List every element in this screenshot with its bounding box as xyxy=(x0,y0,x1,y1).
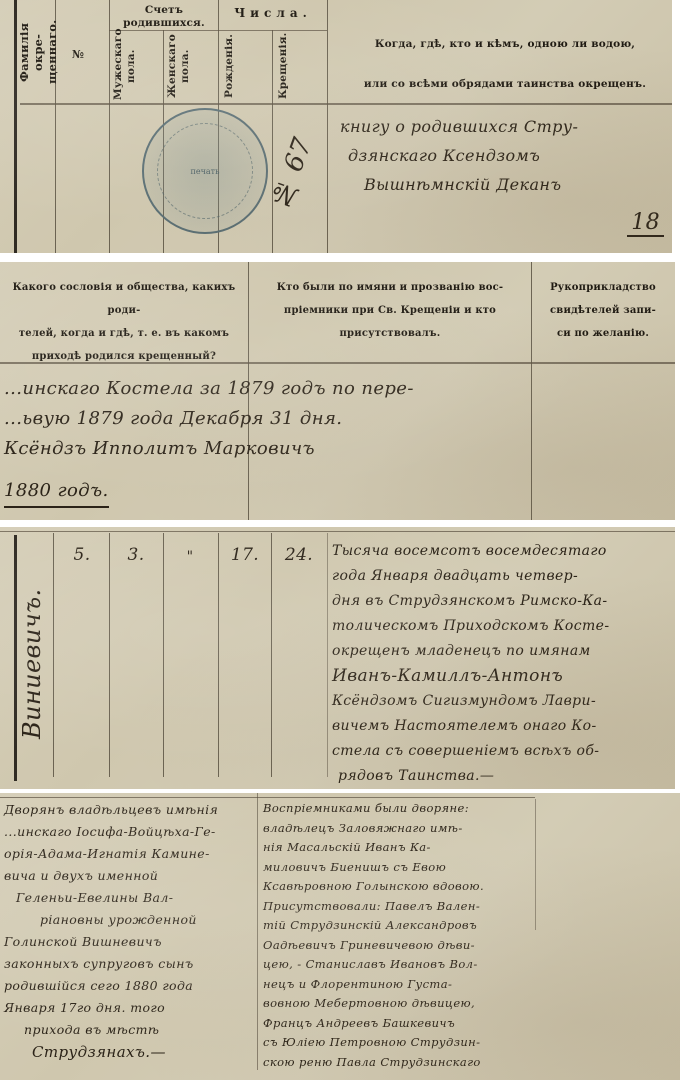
header-birth: Рожденія. xyxy=(222,32,270,100)
header-baptism: Крещенія. xyxy=(276,32,324,100)
header-description: Когда, гдѣ, кто и кѣмъ, одною ли водою, … xyxy=(340,24,670,104)
column-divider xyxy=(109,0,110,253)
header-witnesses-line: Рукоприкладство xyxy=(536,276,670,299)
header-witnesses-line: свидѣтелей запи- xyxy=(536,299,670,322)
parents-line: родившійся сего 1880 года xyxy=(4,975,254,997)
godparents-line: тій Струдзинскій Александровъ xyxy=(263,916,543,936)
godparents-line: Францъ Андреевъ Башкевичъ xyxy=(263,1014,543,1034)
header-description-line: Когда, гдѣ, кто и кѣмъ, одною ли водою, xyxy=(340,24,670,64)
godparents-line: Присутствовали: Павелъ Вален- xyxy=(263,897,543,917)
column-divider xyxy=(327,533,328,777)
handwritten-line: книгу о родившихся Стру- xyxy=(340,112,670,141)
parents-line: орія-Адама-Игнатія Камине- xyxy=(4,843,254,865)
header-parents: Какого сословія и общества, какихъ роди-… xyxy=(4,276,244,368)
register-entry-row: Виниевичъ. 5. 3. " 17. 24. Тысяча восемс… xyxy=(0,527,675,789)
header-female: Женскаго пола. xyxy=(166,32,214,100)
entry-godparents: Воспріемниками были дворяне: владѣлецъ З… xyxy=(263,799,543,1072)
header-witnesses: Рукоприкладство свидѣтелей запи- си по ж… xyxy=(536,276,670,345)
parents-line: Струдзянахъ.— xyxy=(4,1041,254,1063)
entry-description: Тысяча восемсотъ восемдесятаго года Янва… xyxy=(332,539,672,789)
description-line: Ксёндзомъ Сигизмундомъ Лаври- xyxy=(332,689,672,714)
register-entry-row-2: Дворянъ владѣльцевъ имѣнія ...инскаго Іо… xyxy=(0,793,680,1080)
description-line: стела съ совершеніемъ всѣхъ об- xyxy=(332,739,672,764)
header-surname: Фамилія окре-щеннаго. xyxy=(17,4,53,100)
parish-seal-stamp: печать xyxy=(142,108,268,234)
column-divider xyxy=(257,793,258,1070)
parents-line: Января 17го дня. того xyxy=(4,997,254,1019)
header-godparents-line: присутствовалъ. xyxy=(254,322,526,345)
row-top-line xyxy=(0,797,535,798)
parents-line: ...инскаго Іосифа-Войцѣха-Ге- xyxy=(4,821,254,843)
parents-line: вича и двухъ именной xyxy=(4,865,254,887)
godparents-line: миловичъ Биенишъ съ Евою xyxy=(263,858,543,878)
entry-male-count: 3. xyxy=(112,545,160,565)
description-line: окрещенъ младенецъ по имянам xyxy=(332,639,672,664)
entry-number: 5. xyxy=(58,545,106,565)
page-number: 18 xyxy=(627,210,664,237)
entry-birth-day: 17. xyxy=(221,545,269,565)
header-number: № xyxy=(72,48,84,61)
header-male: Мужескаго пола. xyxy=(112,32,160,100)
handwritten-line: дзянскаго Ксендзомъ xyxy=(340,141,670,170)
godparents-line: Воспріемниками были дворяне: xyxy=(263,799,543,819)
description-line: Иванъ-Камиллъ-Антонъ xyxy=(332,664,672,689)
header-births-count: Счетъ родившихся. xyxy=(112,4,216,30)
parents-line: Голинской Вишневичъ xyxy=(4,931,254,953)
border-line xyxy=(14,535,17,781)
godparents-line: владѣлецъ Заловяжнаго имѣ- xyxy=(263,819,543,839)
column-divider xyxy=(109,533,110,777)
godparents-line: Оадѣевичъ Гриневичевою дѣви- xyxy=(263,936,543,956)
godparents-line: вовною Мебертовною дѣвицею, xyxy=(263,994,543,1014)
header-godparents-line: Кто были по имяни и прозванію вос- xyxy=(254,276,526,299)
handwritten-line: ...ьвую 1879 года Декабря 31 дня. xyxy=(4,404,534,434)
entry-surname: Виниевичъ. xyxy=(18,549,52,779)
header-parents-line: Какого сословія и общества, какихъ роди- xyxy=(4,276,244,322)
handwritten-line: Ксёндзъ Ипполитъ Марковичъ xyxy=(4,434,534,464)
handwritten-closing-note: ...инскаго Костела за 1879 годъ по пере-… xyxy=(4,374,534,508)
row-top-line xyxy=(0,531,675,532)
godparents-line: нія Масальскій Иванъ Ка- xyxy=(263,838,543,858)
header-godparents-line: пріемники при Св. Крещеніи и кто xyxy=(254,299,526,322)
column-divider xyxy=(218,533,219,777)
register-header-strip-2: Какого сословія и общества, какихъ роди-… xyxy=(0,262,675,520)
parents-line: Дворянъ владѣльцевъ имѣнія xyxy=(4,799,254,821)
handwritten-line: Вышнѣмнскій Деканъ xyxy=(340,170,670,199)
handwritten-year: 1880 годъ. xyxy=(4,476,109,508)
godparents-line: скою реню Павла Струдзинскаго xyxy=(263,1053,543,1073)
column-divider xyxy=(271,533,272,777)
description-line: года Января двадцать четвер- xyxy=(332,564,672,589)
godparents-line: Ксавѣровною Голынскою вдовою. xyxy=(263,877,543,897)
column-divider xyxy=(163,533,164,777)
entry-female-count: " xyxy=(166,549,214,565)
handwritten-register-number: № 67 xyxy=(255,107,346,246)
subheader-line xyxy=(109,30,327,31)
parents-line: прихода въ мѣстѣ xyxy=(4,1019,254,1041)
godparents-line: цею, - Станиславъ Ивановъ Вол- xyxy=(263,955,543,975)
entry-parents: Дворянъ владѣльцевъ имѣнія ...инскаго Іо… xyxy=(4,799,254,1063)
parents-line: ріановны урожденной xyxy=(4,909,254,931)
entry-baptism-day: 24. xyxy=(274,545,324,565)
parents-line: Геленьи-Евелины Вал- xyxy=(4,887,254,909)
godparents-line: съ Юліею Петровною Струдзин- xyxy=(263,1033,543,1053)
description-line: Тысяча восемсотъ восемдесятаго xyxy=(332,539,672,564)
description-line: рядовъ Таинства.— xyxy=(332,764,672,789)
header-parents-line: приходѣ родился крещенный? xyxy=(4,345,244,368)
header-dates: Числа. xyxy=(222,6,324,20)
description-line: дня въ Струдзянскомъ Римско-Ка- xyxy=(332,589,672,614)
column-divider xyxy=(53,533,54,777)
description-line: толическомъ Приходскомъ Косте- xyxy=(332,614,672,639)
parents-line: законныхъ супруговъ сынъ xyxy=(4,953,254,975)
register-header-strip: Фамилія окре-щеннаго. № Счетъ родившихся… xyxy=(0,0,672,253)
header-witnesses-line: си по желанію. xyxy=(536,322,670,345)
handwritten-line: ...инскаго Костела за 1879 годъ по пере- xyxy=(4,374,534,404)
header-godparents: Кто были по имяни и прозванію вос- пріем… xyxy=(254,276,526,345)
seal-icon: печать xyxy=(157,123,253,219)
header-description-line: или со всѣми обрядами таинства окрещенъ. xyxy=(340,64,670,104)
description-line: вичемъ Настоятелемъ онаго Ко- xyxy=(332,714,672,739)
handwritten-title: книгу о родившихся Стру- дзянскаго Ксенд… xyxy=(340,112,670,199)
godparents-line: нецъ и Флорентиною Густа- xyxy=(263,975,543,995)
header-parents-line: телей, когда и гдѣ, т. е. въ какомъ xyxy=(4,322,244,345)
